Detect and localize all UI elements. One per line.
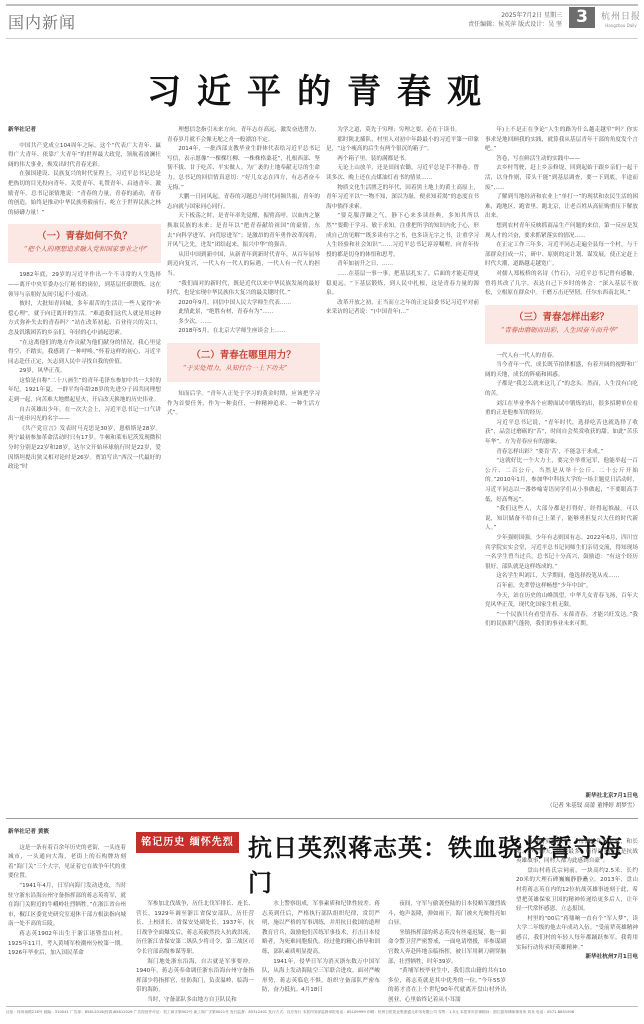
section-1-box: （一）青春如何不负？ “把个人的理想追求融入党和国家事业之中” <box>8 224 161 263</box>
paragraph: 青春怎样出彩？“要肯‘苦’，不能急于求成。” <box>485 448 638 458</box>
paragraph: 《共产党宣言》发表时马克思是30岁，恩格斯是28岁。列宁最初参加革命活动时只有1… <box>8 425 161 473</box>
section-1-title: （一）青春如何不负？ <box>14 230 155 244</box>
main-article-column-2: 理想信念指引未来方向。青年志存高远，激发奋进潜力，青春岁月就不会像无舵之舟一般漂… <box>167 126 320 816</box>
paragraph: 1941年，侵华日军为消灭浙东数万中国军队，从海上发动海陆空三军联合进攻。面对严… <box>262 958 380 996</box>
paragraph: 今天，站在历史的山峰凯望，中华儿女青春飞扬，百年大党风华正茂，现代化国家生机无限… <box>485 592 638 611</box>
paragraph: 夜间，守军与偷袭登陆的日本侵略军激烈战斗，炮声轰隆，弹如雨下，海门被火光映得亮如… <box>388 900 506 929</box>
second-dateline: 新华社杭州7月1日电 <box>516 953 638 963</box>
main-dateline: 新华社北京7月1日电 <box>485 792 638 802</box>
header-top-rule <box>6 4 638 6</box>
paragraph: 答卷，写在鲜活生动的实践中—— <box>485 155 638 165</box>
paragraph: 29岁，风华正茂。 <box>8 367 161 377</box>
main-article-column-1: 新华社记者 中国共产党成立104周年之际，这个“代表广大青年、赢得广大青年、依靠… <box>8 126 161 816</box>
paragraph: 当今青年一代，成长既节拍律相盛，有着开阔的视野和广阔的天地，成长的阵痛和困惑。 <box>485 361 638 380</box>
paragraph: 当时，守备部队多由地方自卫队民和 <box>136 996 254 1004</box>
paragraph: 无论上山放羊，还是田间农锄，习近平总是手不释卷。曾读多次、晚上还在点煤油灯看书的… <box>326 164 479 183</box>
paragraph: 在正定工作三年多，习近平同志走遍全县每一个村，与干部群众打成一片，研中、原则的定… <box>485 241 638 270</box>
paragraph: 1982年底，29岁的习近平作出一个不寻常的人生选择——离开中央军委办公厅秘书的… <box>8 271 161 300</box>
paragraph: “这就好比一个大力士，要完全举重冠军，他能举起一百公斤、二百公斤，当然是从举十公… <box>485 457 638 505</box>
second-article-column-1: 新华社记者 黄筱 这是一条有着百余年历史的老街，一头连着城市，一头通向大海，老街… <box>8 828 126 1004</box>
paragraph: 彼时，大批知青回城，多年艰苦的生活让一些人觉得“补偿心理”，就于向迁离开的生活。… <box>8 300 161 338</box>
column-tag: 铭记历史 缅怀先烈 <box>136 832 239 853</box>
header-bottom-rule <box>6 38 638 39</box>
main-reporters: （记者 朱基钗 高蕾 董博婷 胡梦雪） <box>485 802 638 812</box>
paragraph: “我们这些人，大部分都是打得好，经得起推敲。可以说，知识储备不给自己上架子，能够… <box>485 505 638 534</box>
paragraph: “要克服浮躁之气，静下心来多读经典，多知其所以然”“要勤于学习、敏于求知，注重把… <box>326 212 479 260</box>
section-3-box: （三）青春怎样出彩？ “青春由磨砺而出彩，人生因奋斗而升华” <box>485 305 638 344</box>
paragraph: 了解到当地经济和农业上“单打一”的现状和农民生活的困难，跑地区、跑省里、跑北京，… <box>485 193 638 222</box>
section-2-quote: “于实处用力，从知行合一上下功夫” <box>173 363 314 374</box>
section-2-title: （二）青春在哪里用力？ <box>173 349 314 363</box>
main-byline: 新华社记者 <box>8 126 161 136</box>
second-article-column-5: 目染的英雄故事。“每到过年回老家，和长辈、小辈聊天，讲得最多、听得最多的还是抗战… <box>516 838 638 1004</box>
masthead-en: Hangzhou Daily <box>600 23 642 28</box>
paragraph: 在强国建设、民族复兴的时代征程上，习近平总书记总是把热切的目光投向青年。关爱青年… <box>8 170 161 218</box>
issue-date: 2025年7月2日 星期三 <box>468 11 562 20</box>
paragraph: 2014年，一批西部支教毕业生群体代表给习近平总书记写信，表示愿像“一棵棵红柳、… <box>167 145 320 193</box>
section-2-box: （二）青春在哪里用力？ “于实处用力，从知行合一上下功夫” <box>167 343 320 382</box>
paragraph: 军参加北伐战争，历任北伐军排长、连长、营长。1929年调至浙江省保安部队，历任营… <box>136 900 254 958</box>
paragraph: 改革开放之初，正当而立之年的正定县委书记习近平对前来采访的记者说：“(中国青年)… <box>326 299 479 318</box>
article-divider <box>6 818 638 819</box>
paragraph: 2020年9月，回信中国人民大学师生代表…… <box>167 299 320 309</box>
second-article-column-3: 水上警察组成，军事素质和纪律性较差。蒋志英到任后，严格执行部队组织纪律，赏罚严明… <box>262 900 380 1004</box>
paragraph: 为学之道，莫先于穷理；穷理之要，必在于读书。 <box>326 126 479 136</box>
main-headline: 习近平的青春观 <box>0 64 644 113</box>
footer-divider <box>6 1006 638 1007</box>
paragraph: “一个民族只有看望青春、永葆青春，才能兴旺发达。”我们的民族朝气蓬勃，我们的事业… <box>485 611 638 630</box>
paragraph: 多少次，…… <box>167 318 320 328</box>
paragraph: 习近平总书记说，“青年时代，选择吃苦也就选择了收获”，品尝过磨砺的“苦”，时间自… <box>485 419 638 448</box>
footer-imprint: 社址：体育场路218号 邮编：310041 广告部：85812018(传真)85… <box>6 1010 638 1015</box>
masthead-logo: 杭州日报 Hangzhou Daily <box>600 9 642 28</box>
paragraph: 这名学生叫刘江，大学期间，他选择投笔从戎…… <box>485 572 638 582</box>
paragraph: 那时陕北插队，村里人对初中年龄最小的习近平第一印象是，“这个瘦高的后生有两个很沉… <box>326 136 479 155</box>
main-article-column-4: 年)上不是正在争论“人生的路为什么越走越窄”吗？你实事求是地回顾我的实践，就算我… <box>485 126 638 816</box>
paragraph: 海门地处浙东沿海，自古就是军事要冲。1940年，蒋志英奉命调任浙东沿海台州守备指… <box>136 958 254 996</box>
paragraph: 百年前，先辈曾这样畅想“少年中国”。 <box>485 582 638 592</box>
paragraph: 中国共产党成立104周年之际，这个“代表广大青年、赢得广大青年、依靠广大青年”的… <box>8 142 161 171</box>
section-3-quote: “青春由磨砺而出彩，人生因奋斗而升华” <box>491 325 632 336</box>
page-header: 国内新闻 2025年7月2日 星期三 责任编辑：侯英萍 版式设计：吴 坚 3 杭… <box>0 0 644 40</box>
paragraph: 2018年5月，在北京大学师生座谈会上…… <box>167 327 320 337</box>
paragraph: “黄埔军校毕业生中，我们盘山籍的共有10多位，蒋志英就是其中优秀的一位。”今年5… <box>388 967 506 1004</box>
main-article-column-3: 为学之道，莫先于穷理；穷理之要，必在于读书。 那时陕北插队，村里人对初中年龄最小… <box>326 126 479 816</box>
paragraph: 想到农村青年反映抓商品生产问题的来信，第一反应是发现人才的兴奋，要求抓紧落实的情… <box>485 222 638 241</box>
paragraph: 对儒人郑板桥的名诗《竹石》，习近平总书记曾有感触，曾将其改了几字，表达自己下乡时… <box>485 270 638 299</box>
paragraph: 一代人有一代人的青春。 <box>485 352 638 362</box>
paragraph: 自古英雄出少年。在一次大会上，习近平总书记一口气讲出一连串闪光的名字—— <box>8 406 161 425</box>
paragraph: 目染的英雄故事。“每到过年回老家，和长辈、小辈聊天，讲得最多、听得最多的还是抗战… <box>516 838 638 867</box>
section-3-title: （三）青春怎样出彩？ <box>491 311 632 325</box>
section-1-quote: “把个人的理想追求融入党和国家事业之中” <box>14 244 155 255</box>
paragraph: 此情此景，“绝胜有材，青春有为”…… <box>167 308 320 318</box>
paragraph: 这恰是自称“二十八画生”的青年毛泽东参加中共一大时的年纪。1921年夏，一群平均… <box>8 377 161 406</box>
paragraph: 知而后学。“青年人正处于学习的黄金时期，应该把学习作为首要任务，作为一种责任、一… <box>167 390 320 419</box>
paragraph: 年)上不是正在争论“人生的路为什么越走越窄”吗？你实事求是地回顾我的实践，就算我… <box>485 126 638 155</box>
paragraph: 刘江在毕业季各个应聘面试中锻炼的出，很多招聘单位看重的正是他参军的经历。 <box>485 400 638 419</box>
editor-credits: 责任编辑：侯英萍 版式设计：吴 坚 <box>468 20 562 29</box>
paragraph: 去乡村驾驶，赶上乡亲修堤，回到起始于跟乡亲们一起干活，以身作则，带头干能“到基层… <box>485 164 638 193</box>
second-article-column-2: 军参加北伐战争，历任北伐军排长、连长、营长。1929年调至浙江省保安部队，历任营… <box>136 900 254 1004</box>
paragraph: 坐镇指挥部的蒋志英没有丝毫迟疑，他一面命令警卫营严密警戒，一面电请增援，率参谋副… <box>388 929 506 967</box>
paragraph: 水上警察组成，军事素质和纪律性较差。蒋志英到任后，严格执行部队组织纪律，赏罚严明… <box>262 900 380 958</box>
paragraph: “我们面对的新时代，既是近代以来中华民族发展的最好时代，也是实现中华民族伟大复兴… <box>167 280 320 299</box>
paragraph: 蒋志英1902年出生于浙江诸暨盘山村。1925年11月，考入黄埔军校潮州分校第一… <box>8 930 126 959</box>
paragraph: 子都是“我怎么就来这儿了”的念头。然而，人生没有白吃的苦。 <box>485 380 638 399</box>
paragraph: “在这离他们的地方作贡献为他们献身的情况，我心里觉得空，不踏实，我感到了一种呼唤… <box>8 339 161 368</box>
paragraph: 从旧中国到新中国，从新青年到新时代青年，从百年屈辱到迈向复兴，一代人有一代人的际… <box>167 251 320 280</box>
paragraph: 村里的“00后”蒋鼎晌一直有个“军人梦”，读大学二年级的他去年成功入伍。“受前辈… <box>516 915 638 953</box>
paragraph: 两个箱子里，装的满都是书。 <box>326 155 479 165</box>
paragraph: 理想信念指引未来方向。青年志存高远，激发奋进潜力，青春岁月就不会像无舵之舟一般漂… <box>167 126 320 145</box>
paragraph: ……在基层一事一事，把基层扎实了，后面的才能走得更稳更远。“下基层锻炼，到人民中… <box>326 270 479 299</box>
paragraph: 青年如初升之日，…… <box>326 260 479 270</box>
paragraph: “1941年4月，日军向海门发动进攻，当时驻守浙东沿海台州守备指挥部的蒋志英将军… <box>8 882 126 930</box>
paragraph: 盘山村蒋氏宗祠前，一块高约2.5米、长约20米的大理石碑巍巍静静矗立。2013年… <box>516 867 638 915</box>
second-byline: 新华社记者 黄筱 <box>8 828 126 838</box>
section-name: 国内新闻 <box>8 10 76 33</box>
page-number: 3 <box>569 7 595 28</box>
header-meta: 2025年7月2日 星期三 责任编辑：侯英萍 版式设计：吴 坚 <box>468 11 562 29</box>
masthead-cn: 杭州日报 <box>600 9 642 22</box>
paragraph: 物质文化生活匮乏的年代，因着黑土地上的黄土高原上，青年习近平以“一物不知，深以为… <box>326 184 479 213</box>
main-article-signoff: 新华社北京7月1日电 （记者 朱基钗 高蕾 董博婷 胡梦雪） <box>485 792 638 816</box>
paragraph: 少年强则国强，少年有志则国有志。2022年6月，四川宜宾学院实实会堂，习近平总书… <box>485 534 638 572</box>
second-article-column-4: 夜间，守军与偷袭登陆的日本侵略军激烈战斗，炮声轰隆，弹如雨下，海门被火光映得亮如… <box>388 900 506 1004</box>
paragraph: 大鹏一日同风起。青春的习题总与时代同频共振，青年的志向就与国家同心同行。 <box>167 193 320 212</box>
paragraph: 天下板荡之时，是青年率先觉醒，振臂高呼，以血肉之躯换取民族的未来；是青年以“把青… <box>167 212 320 250</box>
paragraph: 这是一条有着百余年历史的老街，一头连着城市，一头通向大海，老街上的石构牌坊刻着“… <box>8 844 126 882</box>
